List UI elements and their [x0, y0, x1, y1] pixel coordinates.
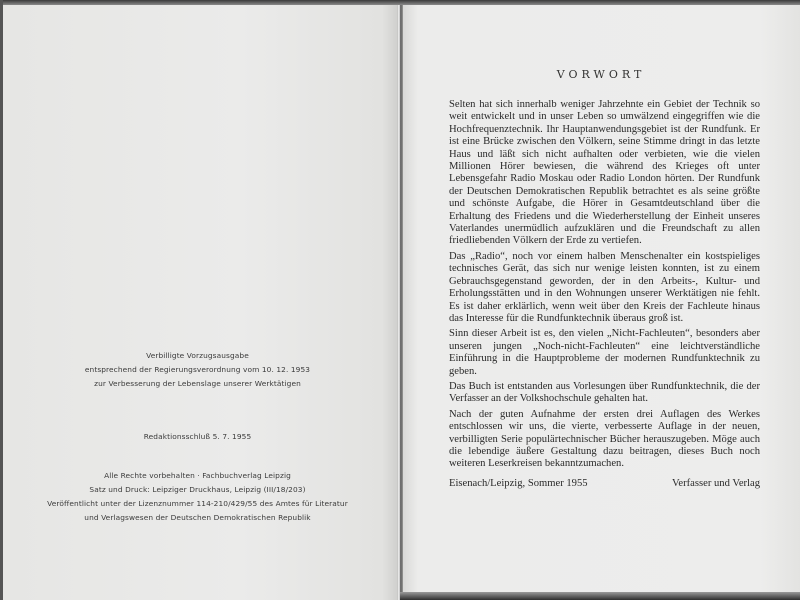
rights-line: Satz und Druck: Leipziger Druckhaus, Lei… — [0, 483, 395, 497]
editorial-deadline-text: Redaktionsschluß 5. 7. 1955 — [0, 430, 395, 444]
rights-line: Veröffentlicht unter der Lizenznummer 11… — [0, 497, 395, 511]
book-spread: Verbilligte Vorzugsausgabe entsprechend … — [0, 0, 800, 600]
signature-place-date: Eisenach/Leipzig, Sommer 1955 — [449, 478, 588, 489]
foreword-paragraph: Das „Radio“, noch vor einem halben Mensc… — [449, 251, 760, 325]
edition-note-line: zur Verbesserung der Lebenslage unserer … — [0, 377, 395, 391]
foreword-paragraph: Nach der guten Aufnahme der ersten drei … — [449, 409, 760, 471]
rights-block: Alle Rechte vorbehalten · Fachbuchverlag… — [0, 469, 395, 525]
edition-note-line: Verbilligte Vorzugsausgabe — [0, 349, 395, 363]
foreword-title: VORWORT — [402, 68, 800, 81]
foreword-paragraph: Das Buch ist entstanden aus Vorlesungen … — [449, 381, 760, 406]
foreword-paragraph: Sinn dieser Arbeit ist es, den vielen „N… — [449, 328, 760, 378]
rights-line: und Verlagswesen der Deutschen Demokrati… — [0, 511, 395, 525]
scan-edge-top — [0, 0, 800, 5]
foreword-body: Selten hat sich innerhalb weniger Jahrze… — [449, 99, 760, 474]
foreword-signature: Eisenach/Leipzig, Sommer 1955 Verfasser … — [449, 478, 760, 489]
editorial-deadline: Redaktionsschluß 5. 7. 1955 — [0, 430, 395, 444]
signature-signed-by: Verfasser und Verlag — [672, 478, 760, 489]
edition-note-line: entsprechend der Regierungsverordnung vo… — [0, 363, 395, 377]
foreword-paragraph: Selten hat sich innerhalb weniger Jahrze… — [449, 99, 760, 248]
scan-edge-bottom — [400, 592, 800, 600]
book-gutter — [397, 0, 403, 600]
edition-note: Verbilligte Vorzugsausgabe entsprechend … — [0, 349, 395, 391]
rights-line: Alle Rechte vorbehalten · Fachbuchverlag… — [0, 469, 395, 483]
